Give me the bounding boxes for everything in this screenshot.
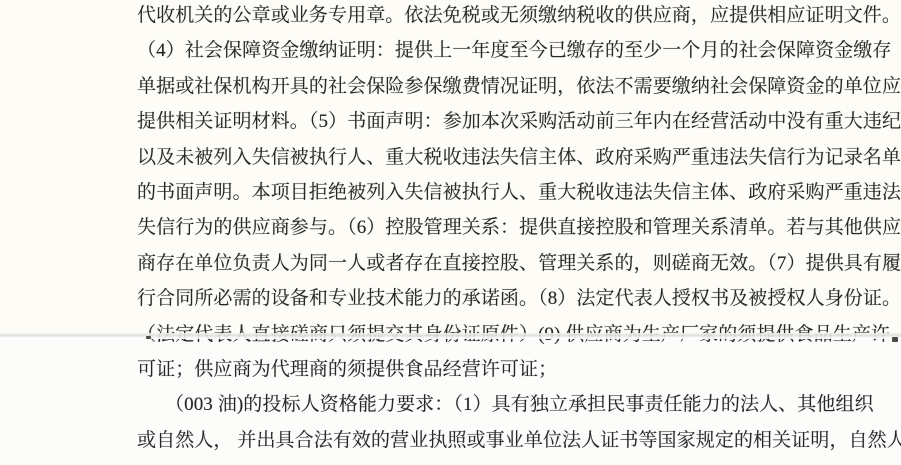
text-line: 以及未被列入失信被执行人、重大税收违法失信主体、政府采购严重违法失信行为记录名单	[0, 140, 901, 175]
seam-artifact-speck	[146, 336, 151, 339]
text-line: 或自然人， 并出具合法有效的营业执照或事业单位法人证书等国家规定的相关证明，自然…	[0, 423, 901, 458]
page-seam-divider	[0, 333, 901, 339]
seam-artifact-speck	[892, 337, 898, 342]
text-line: （003 油)的投标人资格能力要求：（1）具有独立承担民事责任能力的法人、其他组…	[0, 387, 901, 422]
text-line: 单据或社保机构开具的社会保险参保缴费情况证明，依法不需要缴纳社会保障资金的单位应	[0, 69, 901, 104]
document-text-block: 代收机关的公章或业务专用章。依法免税或无须缴纳税收的供应商，应提供相应证明文件。…	[0, 0, 901, 458]
text-line: 的书面声明。本项目拒绝被列入失信被执行人、重大税收违法失信主体、政府采购严重违法	[0, 175, 901, 210]
text-line: 代收机关的公章或业务专用章。依法免税或无须缴纳税收的供应商，应提供相应证明文件。	[0, 0, 901, 33]
text-line: 提供相关证明材料。（5）书面声明：参加本次采购活动前三年内在经营活动中没有重大违…	[0, 104, 901, 139]
text-line: 行合同所必需的设备和专业技术能力的承诺函。（8）法定代表人授权书及被授权人身份证…	[0, 281, 901, 316]
text-line: 商存在单位负责人为同一人或者存在直接控股、管理关系的，则磋商无效。（7）提供具有…	[0, 246, 901, 281]
text-line: （4）社会保障资金缴纳证明：提供上一年度至今已缴存的至少一个月的社会保障资金缴存	[0, 33, 901, 68]
document-page: 代收机关的公章或业务专用章。依法免税或无须缴纳税收的供应商，应提供相应证明文件。…	[0, 0, 901, 465]
text-line: 失信行为的供应商参与。（6）控股管理关系：提供直接控股和管理关系清单。若与其他供…	[0, 210, 901, 245]
text-line: 可证；供应商为代理商的须提供食品经营许可证；	[0, 352, 901, 387]
